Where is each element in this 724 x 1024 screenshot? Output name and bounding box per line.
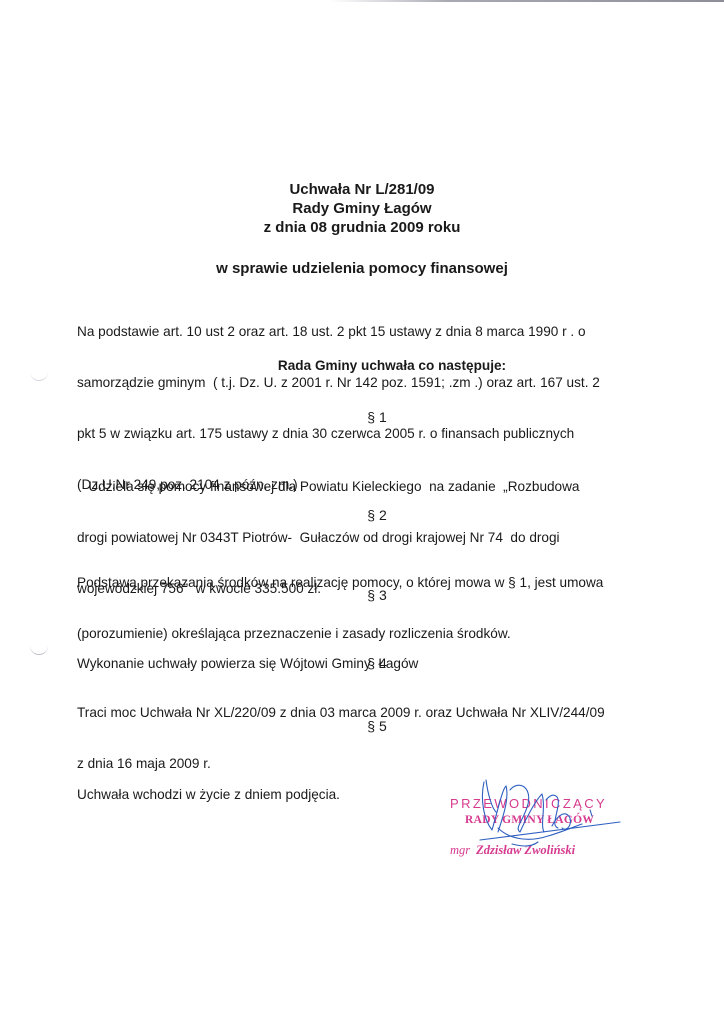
stamp-council: RADY GMINY ŁAGÓW <box>465 814 594 826</box>
official-stamp: PRZEWODNICZĄCY RADY GMINY ŁAGÓW mgrZdzis… <box>440 770 640 880</box>
council-name: Rady Gminy Łagów <box>0 199 724 218</box>
section-line: Udziela się pomocy finansowej dla Powiat… <box>77 478 657 495</box>
resolution-intro: Rada Gminy uchwała co następuje: <box>0 357 724 374</box>
resolution-subject: w sprawie udzielenia pomocy finansowej <box>0 259 724 278</box>
stamp-signatory: mgrZdzisław Zwoliński <box>450 843 575 858</box>
section-mark-3: § 3 <box>0 587 724 604</box>
punch-hole-mark <box>30 642 48 655</box>
stamp-title: PRZEWODNICZĄCY <box>450 796 607 811</box>
resolution-title: Uchwała Nr L/281/09 Rady Gminy Łagów z d… <box>0 180 724 237</box>
section-mark-2: § 2 <box>0 507 724 524</box>
preamble-line: pkt 5 w związku art. 175 ustawy z dnia 3… <box>77 425 657 442</box>
signatory-name: Zdzisław Zwoliński <box>476 843 575 857</box>
section-mark-5: § 5 <box>0 718 724 735</box>
section-mark-1: § 1 <box>0 409 724 426</box>
scan-top-edge <box>330 0 724 2</box>
preamble-line: samorządzie gminym ( t.j. Dz. U. z 2001 … <box>77 374 657 391</box>
resolution-date: z dnia 08 grudnia 2009 roku <box>0 218 724 237</box>
preamble-line: Na podstawie art. 10 ust 2 oraz art. 18 … <box>77 323 657 340</box>
signatory-prefix: mgr <box>450 843 470 857</box>
resolution-number: Uchwała Nr L/281/09 <box>0 180 724 199</box>
